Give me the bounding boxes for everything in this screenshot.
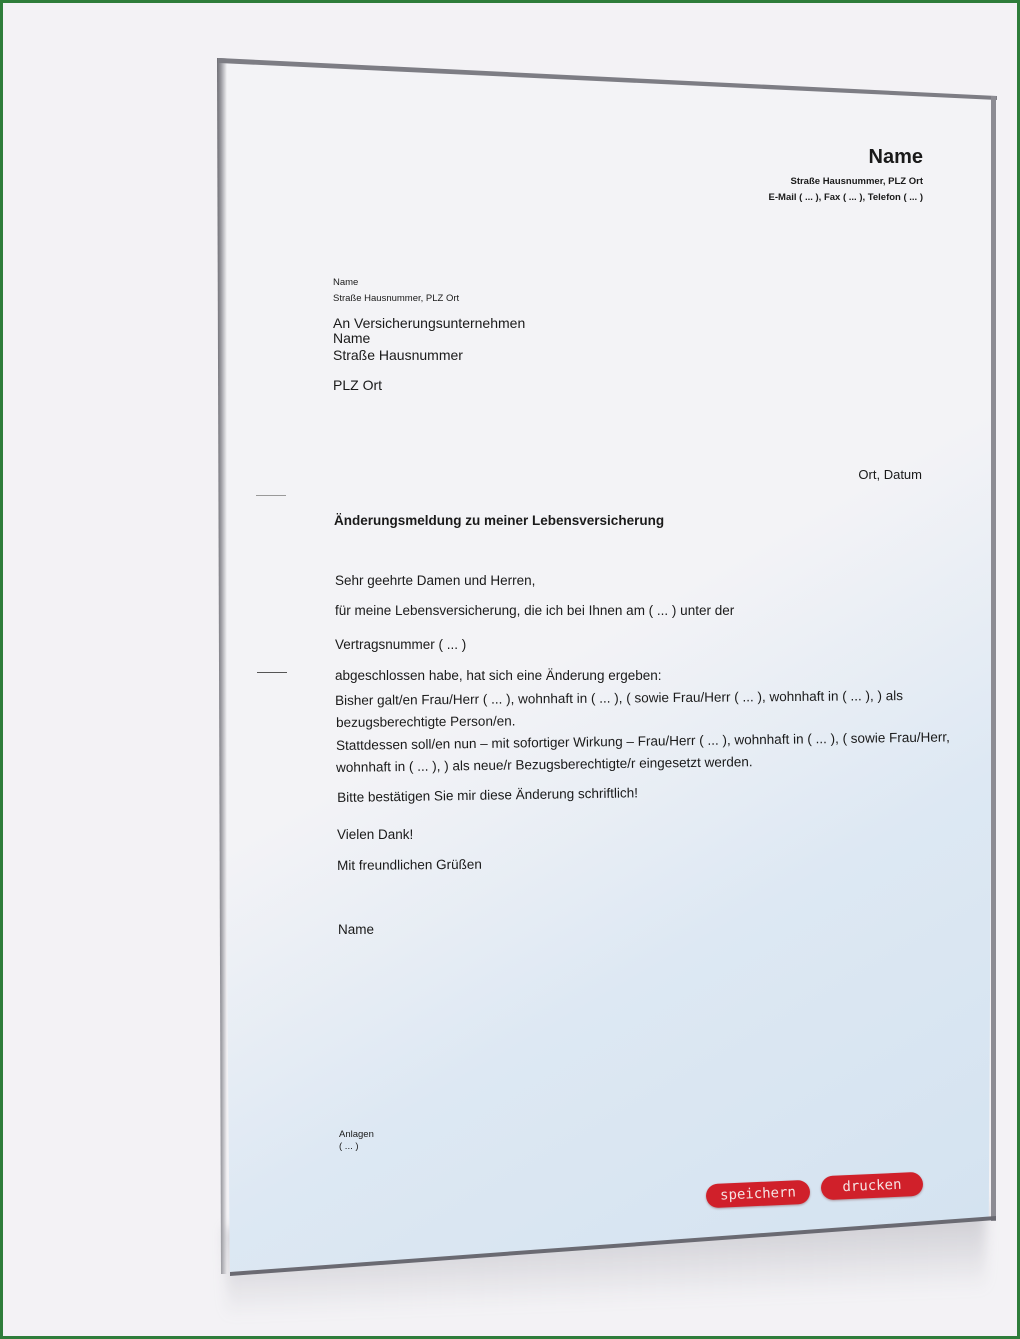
- recipient-line: PLZ Ort: [333, 377, 382, 393]
- recipient-line: Straße Hausnummer: [333, 347, 463, 363]
- body-text: Vertragsnummer ( ... ): [335, 637, 466, 652]
- body-text: Vielen Dank!: [337, 827, 413, 842]
- sender-contact: E-Mail ( ... ), Fax ( ... ), Telefon ( .…: [769, 192, 923, 203]
- body-text: bezugsberechtigte Person/en.: [336, 713, 515, 730]
- place-date: Ort, Datum: [858, 467, 922, 482]
- recipient-line: An Versicherungsunternehmen: [333, 315, 525, 331]
- salutation: Sehr geehrte Damen und Herren,: [335, 573, 535, 588]
- fold-mark: [257, 672, 287, 673]
- print-button[interactable]: drucken: [821, 1172, 924, 1200]
- return-address-street: Straße Hausnummer, PLZ Ort: [333, 293, 459, 304]
- attachments-label: Anlagen: [339, 1129, 374, 1140]
- sheet-edge: [991, 96, 996, 1221]
- sender-name: Name: [869, 146, 923, 169]
- recipient-line: Name: [333, 330, 370, 346]
- body-text: abgeschlossen habe, hat sich eine Änderu…: [335, 668, 662, 683]
- document-preview: Name Straße Hausnummer, PLZ Ort E-Mail (…: [0, 0, 1020, 1339]
- closing: Mit freundlichen Grüßen: [337, 857, 482, 873]
- body-text: für meine Lebensversicherung, die ich be…: [335, 603, 734, 618]
- letter-sheet: [219, 60, 995, 1272]
- sender-address: Straße Hausnummer, PLZ Ort: [790, 176, 923, 187]
- letter-subject: Änderungsmeldung zu meiner Lebensversich…: [334, 513, 664, 528]
- sheet-edge: [217, 58, 227, 1274]
- save-button[interactable]: speichern: [706, 1180, 811, 1209]
- attachments-value: ( ... ): [339, 1141, 359, 1152]
- return-address-name: Name: [333, 277, 358, 288]
- fold-mark: [256, 495, 286, 496]
- signature-name: Name: [338, 922, 374, 937]
